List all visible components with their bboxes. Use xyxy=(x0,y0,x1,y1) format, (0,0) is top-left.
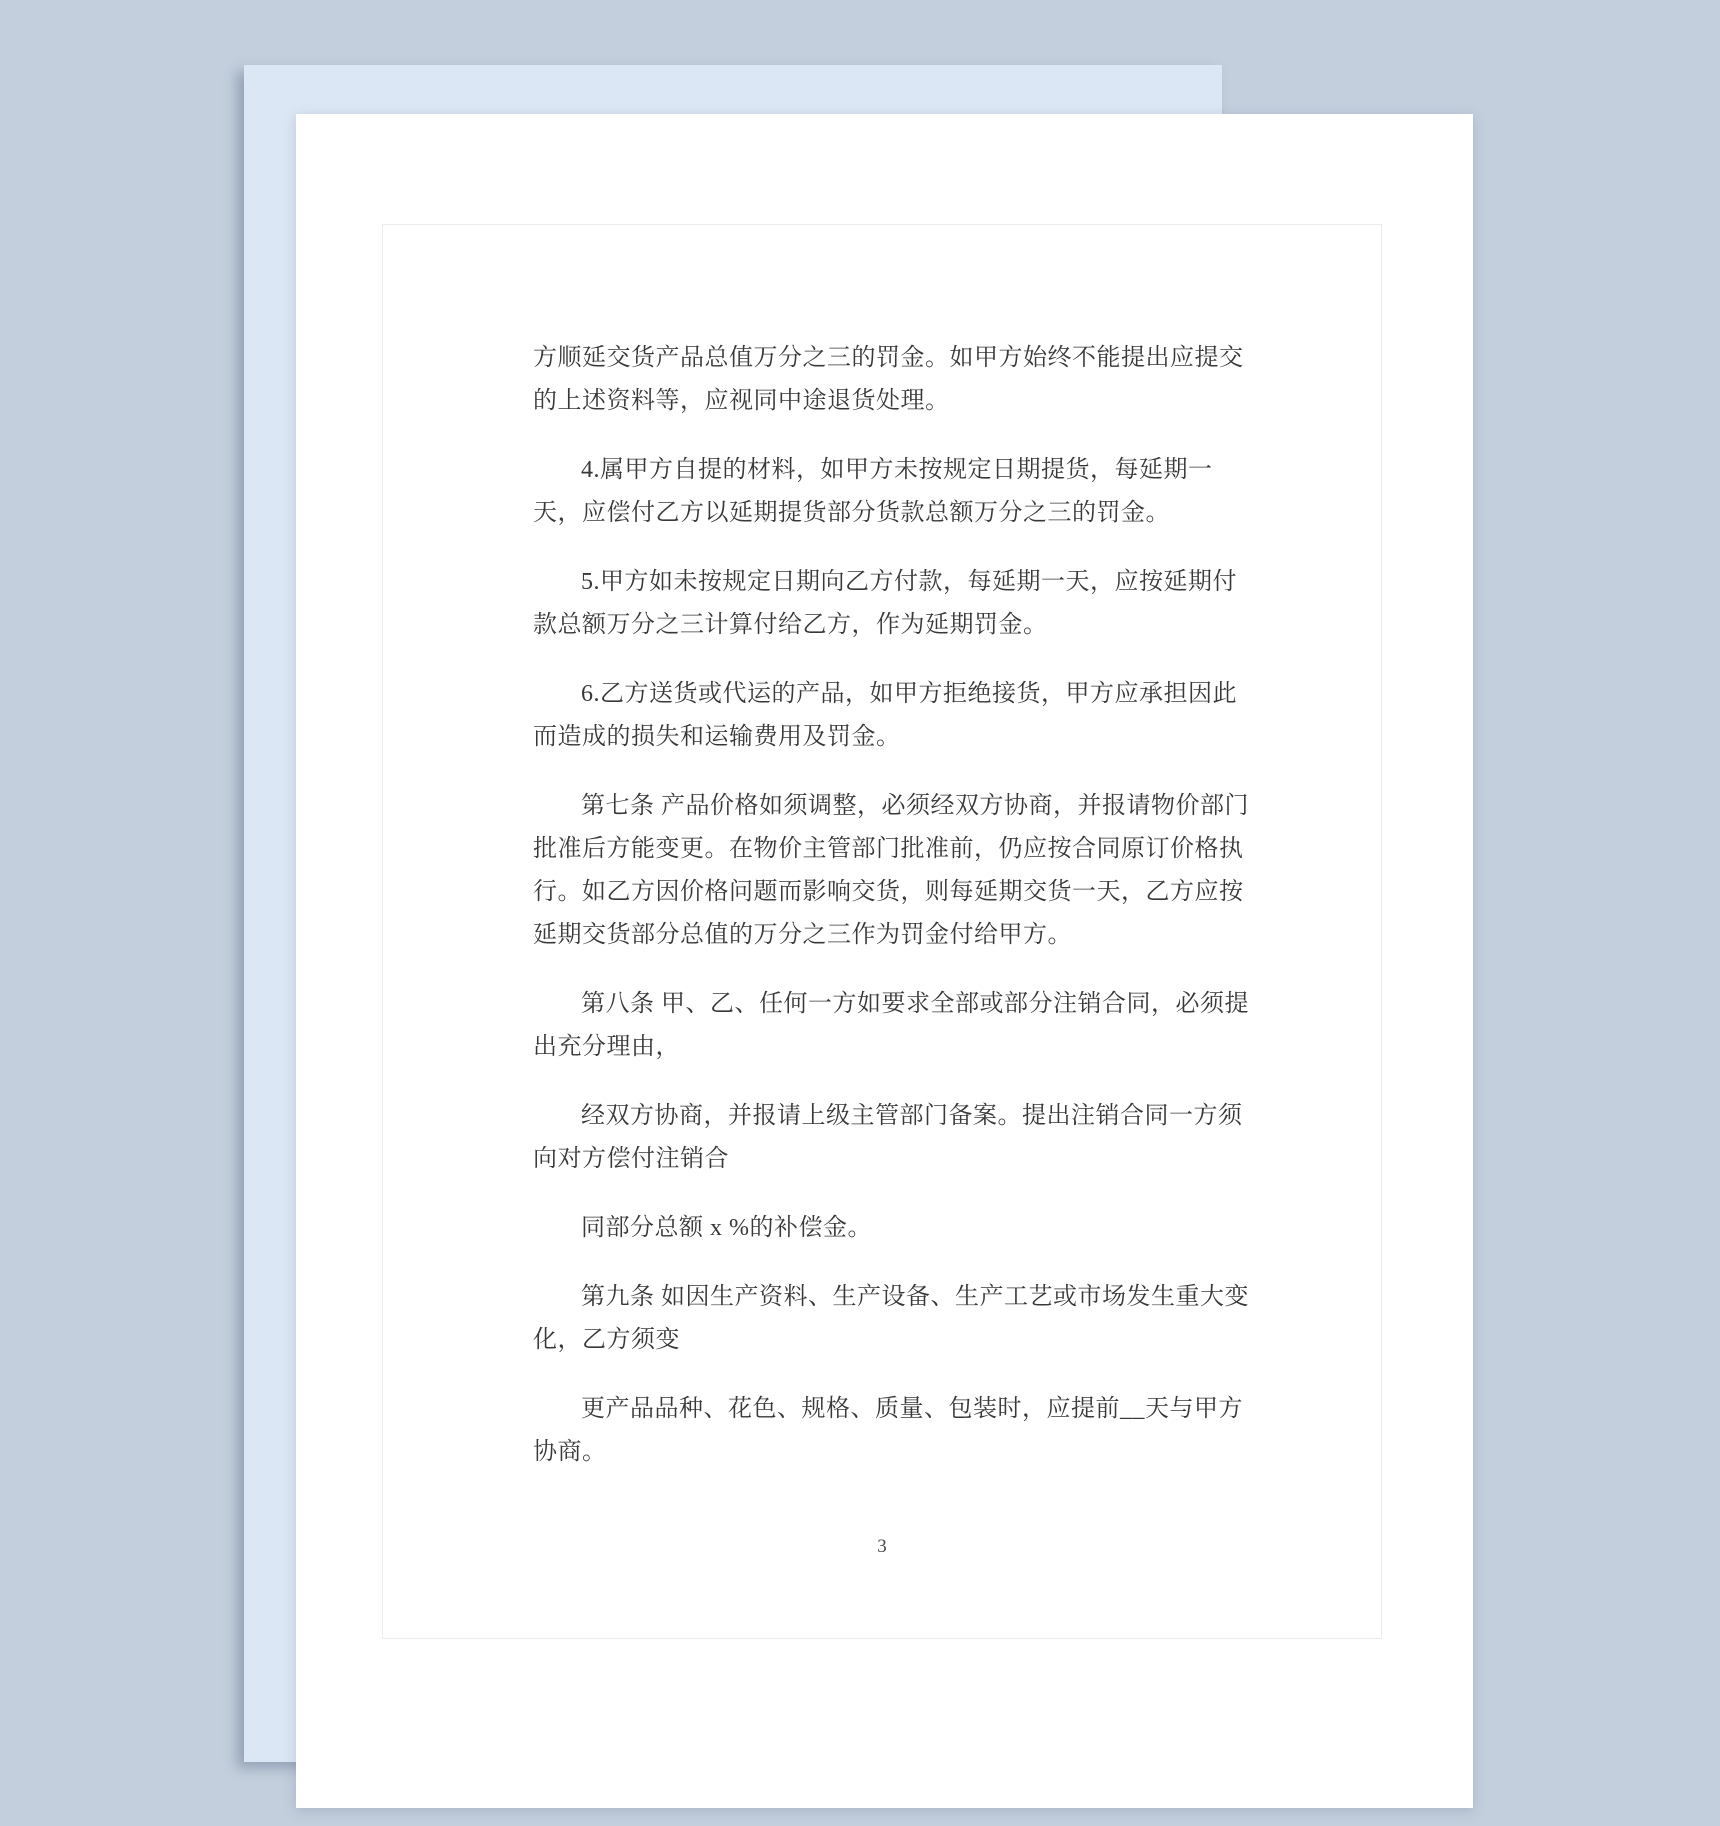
text-line: 出充分理由， xyxy=(533,1026,1223,1069)
page-border-frame: 方顺延交货产品总值万分之三的罚金。如甲方始终不能提出应提交的上述资料等，应视同中… xyxy=(382,224,1382,1639)
page-number: 3 xyxy=(383,1533,1381,1561)
text-line: 经双方协商，并报请上级主管部门备案。提出注销合同一方须 xyxy=(533,1095,1223,1138)
text-line: 第七条 产品价格如须调整，必须经双方协商，并报请物价部门 xyxy=(533,785,1223,828)
paragraph: 经双方协商，并报请上级主管部门备案。提出注销合同一方须向对方偿付注销合 xyxy=(533,1095,1223,1181)
paragraph: 第九条 如因生产资料、生产设备、生产工艺或市场发生重大变化，乙方须变 xyxy=(533,1276,1223,1362)
text-line: 延期交货部分总值的万分之三作为罚金付给甲方。 xyxy=(533,914,1223,957)
text-line: 天，应偿付乙方以延期提货部分货款总额万分之三的罚金。 xyxy=(533,492,1223,535)
paragraph: 更产品品种、花色、规格、质量、包装时，应提前__天与甲方协商。 xyxy=(533,1388,1223,1474)
text-line: 批准后方能变更。在物价主管部门批准前，仍应按合同原订价格执 xyxy=(533,828,1223,871)
text-line: 款总额万分之三计算付给乙方，作为延期罚金。 xyxy=(533,604,1223,647)
paragraph: 6.乙方送货或代运的产品，如甲方拒绝接货，甲方应承担因此而造成的损失和运输费用及… xyxy=(533,673,1223,759)
text-line: 协商。 xyxy=(533,1431,1223,1474)
text-line: 4.属甲方自提的材料，如甲方未按规定日期提货，每延期一 xyxy=(533,449,1223,492)
text-line: 同部分总额 x %的补偿金。 xyxy=(533,1207,1223,1250)
text-line: 向对方偿付注销合 xyxy=(533,1138,1223,1181)
text-line: 第九条 如因生产资料、生产设备、生产工艺或市场发生重大变 xyxy=(533,1276,1223,1319)
text-line: 6.乙方送货或代运的产品，如甲方拒绝接货，甲方应承担因此 xyxy=(533,673,1223,716)
text-line: 更产品品种、花色、规格、质量、包装时，应提前__天与甲方 xyxy=(533,1388,1223,1431)
text-line: 行。如乙方因价格问题而影响交货，则每延期交货一天，乙方应按 xyxy=(533,871,1223,914)
desktop-background: { "page": { "number": "3" }, "document":… xyxy=(0,0,1720,1826)
document-body: 方顺延交货产品总值万分之三的罚金。如甲方始终不能提出应提交的上述资料等，应视同中… xyxy=(533,337,1223,1474)
paragraph: 第七条 产品价格如须调整，必须经双方协商，并报请物价部门批准后方能变更。在物价主… xyxy=(533,785,1223,957)
text-line: 5.甲方如未按规定日期向乙方付款，每延期一天，应按延期付 xyxy=(533,561,1223,604)
text-line: 第八条 甲、乙、任何一方如要求全部或部分注销合同，必须提 xyxy=(533,983,1223,1026)
document-page: 方顺延交货产品总值万分之三的罚金。如甲方始终不能提出应提交的上述资料等，应视同中… xyxy=(296,114,1473,1808)
text-line: 而造成的损失和运输费用及罚金。 xyxy=(533,716,1223,759)
text-line: 方顺延交货产品总值万分之三的罚金。如甲方始终不能提出应提交 xyxy=(533,337,1223,380)
paragraph: 方顺延交货产品总值万分之三的罚金。如甲方始终不能提出应提交的上述资料等，应视同中… xyxy=(533,337,1223,423)
text-line: 化，乙方须变 xyxy=(533,1319,1223,1362)
paragraph: 5.甲方如未按规定日期向乙方付款，每延期一天，应按延期付款总额万分之三计算付给乙… xyxy=(533,561,1223,647)
text-line: 的上述资料等，应视同中途退货处理。 xyxy=(533,380,1223,423)
paragraph: 同部分总额 x %的补偿金。 xyxy=(533,1207,1223,1250)
paragraph: 第八条 甲、乙、任何一方如要求全部或部分注销合同，必须提出充分理由， xyxy=(533,983,1223,1069)
paragraph: 4.属甲方自提的材料，如甲方未按规定日期提货，每延期一天，应偿付乙方以延期提货部… xyxy=(533,449,1223,535)
